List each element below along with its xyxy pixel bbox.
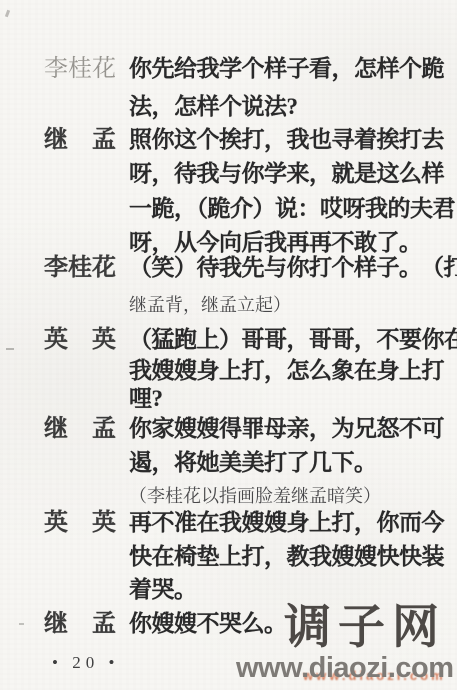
scanned-script-page: 李桂花 你先给我学个样子看，怎样个跪 法，怎样个说法? 继 孟 照你这个挨打，我… [0, 0, 457, 690]
scan-artifact-mark [5, 10, 10, 18]
dialogue-text: 呀，待我与你学来，就是这么样 [129, 162, 444, 185]
dialogue-text: 法，怎样个说法? [129, 95, 298, 118]
scan-artifact-mark [19, 623, 24, 625]
dialogue-text: 一跪，（跪介）说：哎呀我的夫君 [129, 197, 455, 220]
watermark-site-url: www.diaozi.com [236, 654, 454, 683]
dialogue-text: 你先给我学个样子看，怎样个跪 [129, 57, 444, 80]
dialogue-text: 快在椅垫上打，教我嫂嫂快快装 [129, 545, 444, 568]
dialogue-text: 照你这个挨打，我也寻着挨打去 [129, 128, 444, 151]
dialogue-text: 你家嫂嫂得罪母亲，为兄怒不可 [129, 417, 444, 440]
page-number: • 20 • [52, 653, 119, 673]
dialogue-text: 你嫂嫂不哭么。 [129, 612, 287, 635]
scan-artifact-mark [6, 348, 14, 350]
dialogue-text: 着哭。 [129, 578, 197, 601]
dialogue-text: 呀，从今向后我再再不敢了。 [129, 231, 422, 254]
dialogue-text: 我嫂嫂身上打，怎么象在身上打 [129, 359, 444, 382]
dialogue-text: 遏，将她美美打了几下。 [129, 451, 377, 474]
stage-direction-text: 继孟背，继孟立起） [129, 296, 291, 314]
stage-direction-text: （李桂花以指画脸羞继孟暗笑） [129, 487, 381, 505]
watermark-site-name: 调子网 [284, 603, 446, 650]
speaker-name: 继 孟 [44, 417, 116, 441]
dialogue-text: 哩? [129, 387, 163, 410]
dialogue-text: 再不准在我嫂嫂身上打，你而今 [129, 511, 444, 534]
speaker-name: 继 孟 [44, 612, 116, 636]
speaker-name: 李桂花 [44, 57, 116, 81]
speaker-name: 英 英 [44, 511, 116, 535]
dialogue-text: （笑）待我先与你打个样子。 （打 [129, 256, 457, 279]
speaker-name: 英 英 [44, 328, 116, 352]
dialogue-text: （猛跑上）哥哥，哥哥，不要你在 [129, 328, 457, 351]
speaker-name: 李桂花 [44, 256, 116, 280]
speaker-name: 继 孟 [44, 128, 116, 152]
